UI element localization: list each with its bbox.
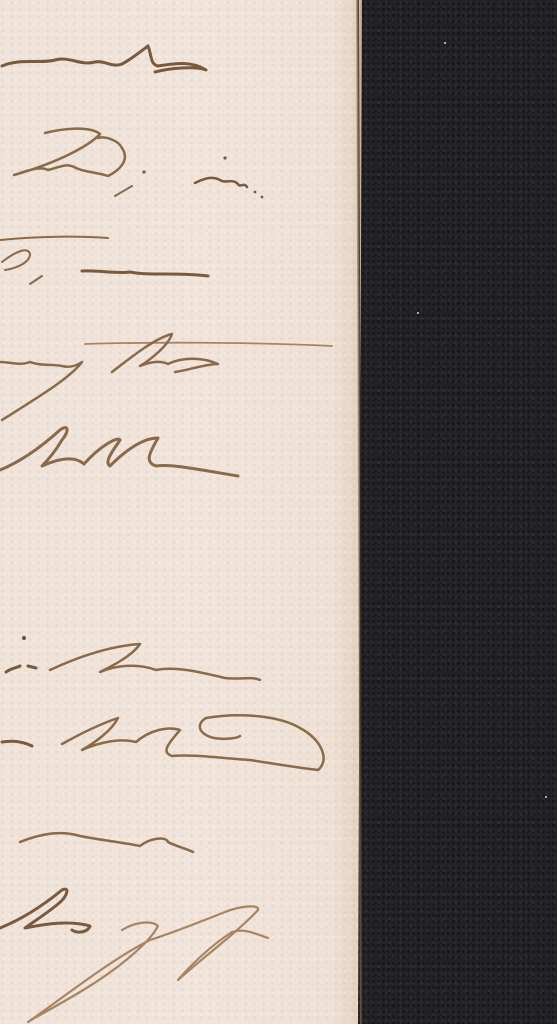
fiber-speck	[444, 42, 446, 44]
script-line-6	[6, 666, 36, 672]
script-line-7	[2, 741, 32, 746]
script-line-5	[0, 428, 238, 476]
script-line-9	[0, 889, 90, 932]
script-line-1	[2, 46, 206, 72]
fiber-speck	[545, 796, 547, 798]
script-line-8	[20, 833, 193, 852]
fiber-speck	[417, 312, 419, 314]
script-line-2	[14, 129, 125, 176]
handwriting-ink	[0, 0, 362, 1024]
script-line-4	[0, 362, 82, 420]
